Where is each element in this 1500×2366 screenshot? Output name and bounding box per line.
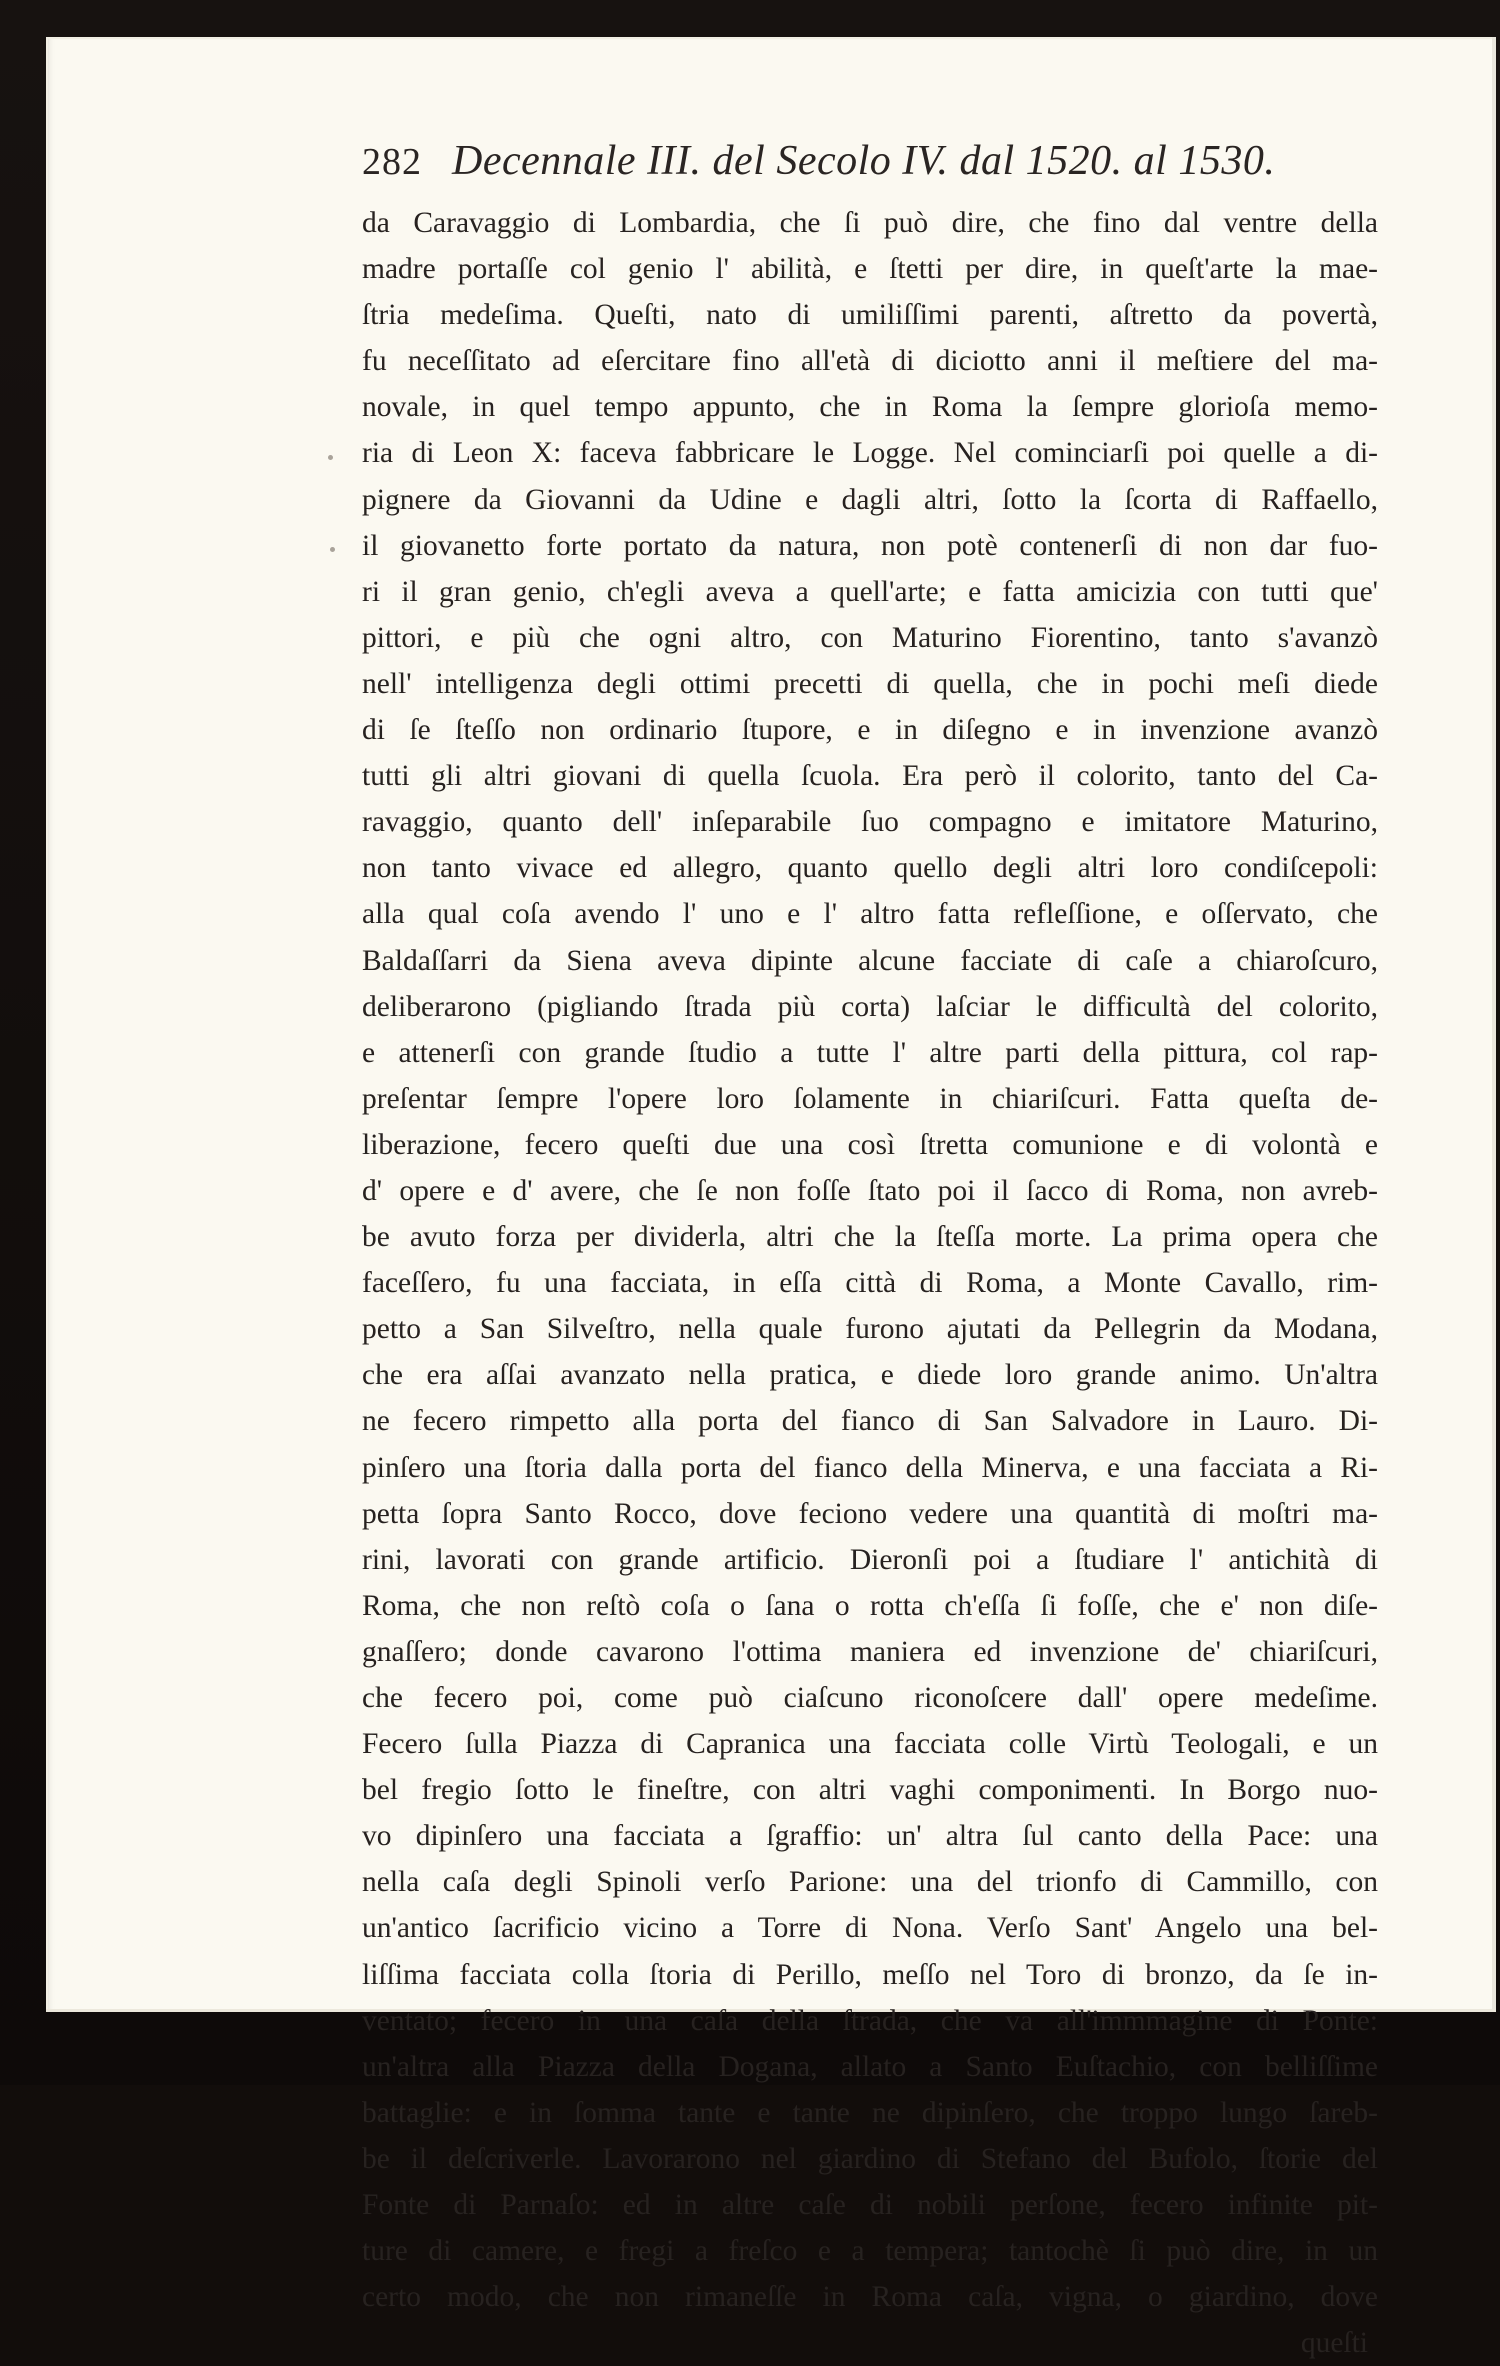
text-line: nell' intelligenza degli ottimi precetti… bbox=[362, 661, 1378, 707]
text-line: ne fecero rimpetto alla porta del fianco… bbox=[362, 1398, 1378, 1444]
text-line: e attenerſi con grande ſtudio a tutte l'… bbox=[362, 1030, 1378, 1076]
text-line: pinſero una ſtoria dalla porta del fianc… bbox=[362, 1445, 1378, 1491]
text-line: un'altra alla Piazza della Dogana, allat… bbox=[362, 2044, 1378, 2085]
text-line: alla qual coſa avendo l' uno e l' altro … bbox=[362, 891, 1378, 937]
text-line: liſſima facciata colla ſtoria di Perillo… bbox=[362, 1952, 1378, 1998]
text-line: che fecero poi, come può ciaſcuno ricono… bbox=[362, 1675, 1378, 1721]
margin-mark bbox=[330, 547, 335, 552]
text-line: faceſſero, fu una facciata, in eſſa citt… bbox=[362, 1260, 1378, 1306]
text-line: che era aſſai avanzato nella pratica, e … bbox=[362, 1352, 1378, 1398]
text-line: petto a San Silveſtro, nella quale furon… bbox=[362, 1306, 1378, 1352]
text-line: petta ſopra Santo Rocco, dove feciono ve… bbox=[362, 1491, 1378, 1537]
text-line: ſtria medeſima. Queſti, nato di umiliſſi… bbox=[362, 292, 1378, 338]
page-number: 282 bbox=[362, 141, 422, 183]
page-edge bbox=[1492, 37, 1496, 2012]
book-page: 282 Decennale III. del Secolo IV. dal 15… bbox=[46, 37, 1496, 2012]
text-line: da Caravaggio di Lombardia, che ſi può d… bbox=[362, 200, 1378, 246]
text-line: ri il gran genio, ch'egli aveva a quell'… bbox=[362, 569, 1378, 615]
text-line: ventato; fecero in una caſa della ſtrada… bbox=[362, 1998, 1378, 2044]
text-line: Fecero ſulla Piazza di Capranica una fac… bbox=[362, 1721, 1378, 1767]
text-line: il giovanetto forte portato da natura, n… bbox=[362, 523, 1378, 569]
text-line: Roma, che non reſtò coſa o ſana o rotta … bbox=[362, 1583, 1378, 1629]
text-line: ria di Leon X: faceva fabbricare le Logg… bbox=[362, 430, 1378, 476]
text-line: tutti gli altri giovani di quella ſcuola… bbox=[362, 753, 1378, 799]
text-line: vo dipinſero una facciata a ſgraffio: un… bbox=[362, 1813, 1378, 1859]
text-line: di ſe ſteſſo non ordinario ſtupore, e in… bbox=[362, 707, 1378, 753]
text-line: ravaggio, quanto dell' inſeparabile ſuo … bbox=[362, 799, 1378, 845]
body-text: da Caravaggio di Lombardia, che ſi può d… bbox=[362, 200, 1378, 2085]
text-line: preſentar ſempre l'opere loro ſolamente … bbox=[362, 1076, 1378, 1122]
text-line: pignere da Giovanni da Udine e dagli alt… bbox=[362, 477, 1378, 523]
text-line: deliberarono (pigliando ſtrada più corta… bbox=[362, 984, 1378, 1030]
text-line: Baldaſſarri da Siena aveva dipinte alcun… bbox=[362, 938, 1378, 984]
running-head-title: Decennale III. del Secolo IV. dal 1520. … bbox=[452, 138, 1275, 184]
text-line: un'antico ſacrificio vicino a Torre di N… bbox=[362, 1905, 1378, 1951]
text-line: pittori, e più che ogni altro, con Matur… bbox=[362, 615, 1378, 661]
text-line: be avuto forza per dividerla, altri che … bbox=[362, 1214, 1378, 1260]
margin-mark bbox=[328, 455, 333, 460]
text-line: gnaſſero; donde cavarono l'ottima manier… bbox=[362, 1629, 1378, 1675]
text-line: novale, in quel tempo appunto, che in Ro… bbox=[362, 384, 1378, 430]
text-line: d' opere e d' avere, che ſe non foſſe ſt… bbox=[362, 1168, 1378, 1214]
text-line: madre portaſſe col genio l' abilità, e ſ… bbox=[362, 246, 1378, 292]
text-line: bel fregio ſotto le fineſtre, con altri … bbox=[362, 1767, 1378, 1813]
text-line: non tanto vivace ed allegro, quanto quel… bbox=[362, 845, 1378, 891]
running-head: 282 Decennale III. del Secolo IV. dal 15… bbox=[362, 137, 1402, 197]
text-line: fu neceſſitato ad eſercitare fino all'et… bbox=[362, 338, 1378, 384]
text-line: liberazione, fecero queſti due una così … bbox=[362, 1122, 1378, 1168]
text-line: nella caſa degli Spinoli verſo Parione: … bbox=[362, 1859, 1378, 1905]
text-line: rini, lavorati con grande artificio. Die… bbox=[362, 1537, 1378, 1583]
